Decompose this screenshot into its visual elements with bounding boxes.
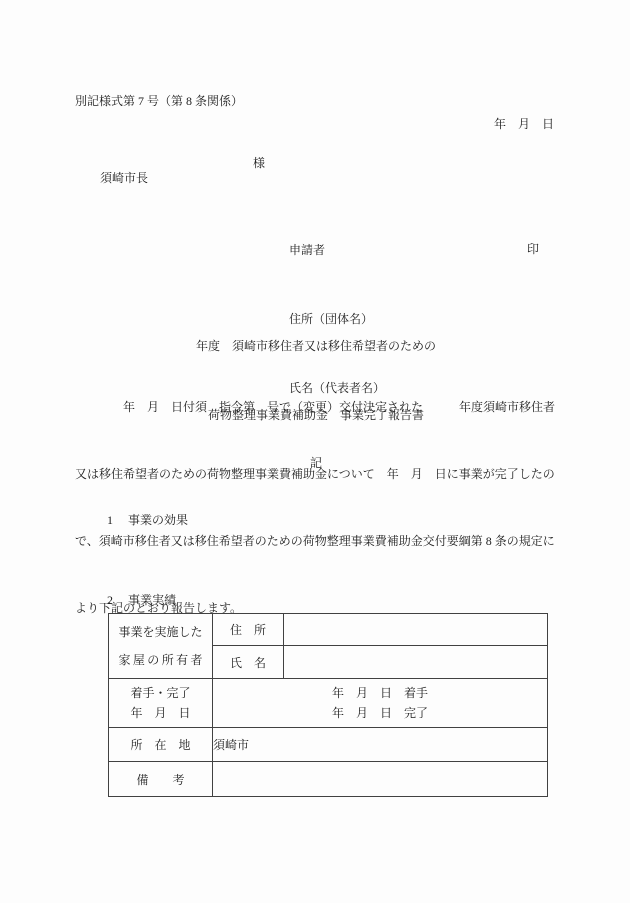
date-line: 年 月 日 (494, 115, 554, 132)
project-results-table: 事業を実施した 家屋の所有者 住 所 氏 名 着手・完了 年 月 日 年 月 日… (108, 613, 548, 797)
table-row: 事業を実施した 家屋の所有者 住 所 (109, 614, 548, 646)
table-row: 所 在 地 須崎市 (109, 728, 548, 762)
owner-label: 事業を実施した 家屋の所有者 (119, 618, 203, 674)
body-line: 年 月 日付須 指令第 号で（変更）交付決定された 年度須崎市移住者 (75, 396, 559, 418)
remarks-value (213, 762, 548, 797)
schedule-value-cell: 年 月 日 着手 年 月 日 完了 (213, 679, 548, 728)
schedule-label-line2: 年 月 日 (109, 703, 212, 723)
owner-label-line2: 家屋の所有者 (119, 646, 203, 674)
record-marker: 記 (75, 454, 557, 471)
owner-name-label: 氏 名 (213, 646, 284, 679)
item-number: 1 (104, 513, 116, 528)
document-page: 別記様式第 7 号（第 8 条関係） 年 月 日 須崎市長 様 申請者 住所（団… (0, 0, 630, 903)
item-label: 事業の効果 (128, 513, 188, 527)
owner-label-cell: 事業を実施した 家屋の所有者 (109, 614, 213, 679)
remarks-label: 備 考 (109, 762, 213, 797)
location-value: 須崎市 (213, 728, 548, 762)
table-row: 着手・完了 年 月 日 年 月 日 着手 年 月 日 完了 (109, 679, 548, 728)
addressee-name: 須崎市長 (100, 171, 148, 185)
schedule-label-cell: 着手・完了 年 月 日 (109, 679, 213, 728)
location-label: 所 在 地 (109, 728, 213, 762)
form-number: 別記様式第 7 号（第 8 条関係） (75, 92, 243, 109)
applicant-label: 申請者 (289, 239, 385, 262)
schedule-label-line1: 着手・完了 (109, 683, 212, 703)
addressee-honorific: 様 (253, 154, 265, 171)
owner-address-value (284, 614, 548, 646)
schedule-start-line: 年 月 日 着手 (213, 683, 547, 703)
table-row: 備 考 (109, 762, 548, 797)
item-project-effect: 1事業の効果 (92, 496, 188, 543)
seal-mark: 印 (527, 240, 539, 257)
item-number: 2 (104, 593, 116, 608)
schedule-complete-line: 年 月 日 完了 (213, 703, 547, 723)
owner-address-label: 住 所 (213, 614, 284, 646)
owner-label-line1: 事業を実施した (119, 618, 203, 646)
item-label: 事業実績 (128, 593, 176, 607)
owner-name-value (284, 646, 548, 679)
